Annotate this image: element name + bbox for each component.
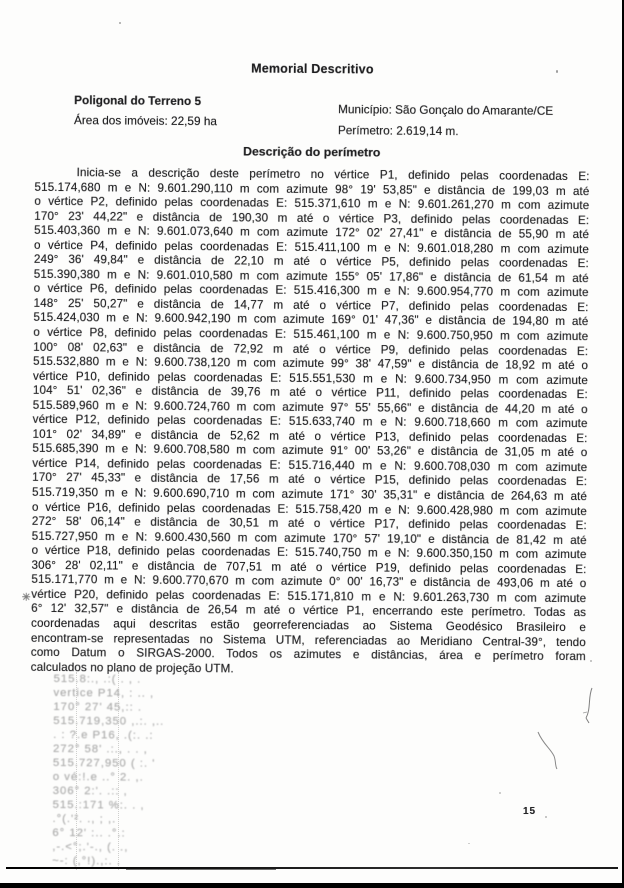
municipality-label: Município: São Gonçalo do Amarante/CE	[338, 99, 553, 122]
scan-speck	[590, 660, 592, 662]
perimeter-label: Perímetro: 2.619,14 m.	[338, 120, 553, 143]
page-number: 15	[523, 806, 536, 817]
document-content: Memorial Descritivo Poligonal do Terreno…	[0, 0, 624, 888]
municipality-header-block: Município: São Gonçalo do Amarante/CE Pe…	[338, 99, 553, 143]
bleed-through-text: 515.8:., .:( . , .vertice P14, : .. ,170…	[52, 672, 334, 870]
scan-speck	[556, 70, 558, 73]
scan-speck	[545, 816, 547, 818]
body-text: Inicia-se a descrição deste perímetro no…	[31, 166, 590, 679]
document-title: Memorial Descritivo	[0, 60, 624, 79]
margin-asterisk-mark	[21, 592, 31, 602]
scan-speck	[119, 22, 121, 24]
section-title: Descrição do perímetro	[0, 143, 624, 162]
terrain-label: Poligonal do Terreno 5	[74, 90, 217, 111]
footer-rule	[6, 867, 618, 869]
scanned-document-page: Memorial Descritivo Poligonal do Terreno…	[0, 0, 624, 888]
scan-fold-dotted-line	[118, 672, 119, 870]
terrain-header-block: Poligonal do Terreno 5 Área dos imóveis:…	[74, 90, 217, 131]
scan-edge-bottom	[0, 883, 624, 888]
scan-fold-dotted-line	[76, 672, 77, 870]
scan-speck	[499, 792, 501, 794]
scan-speck	[468, 843, 470, 844]
area-label: Área dos imóveis: 22,59 ha	[74, 110, 217, 131]
